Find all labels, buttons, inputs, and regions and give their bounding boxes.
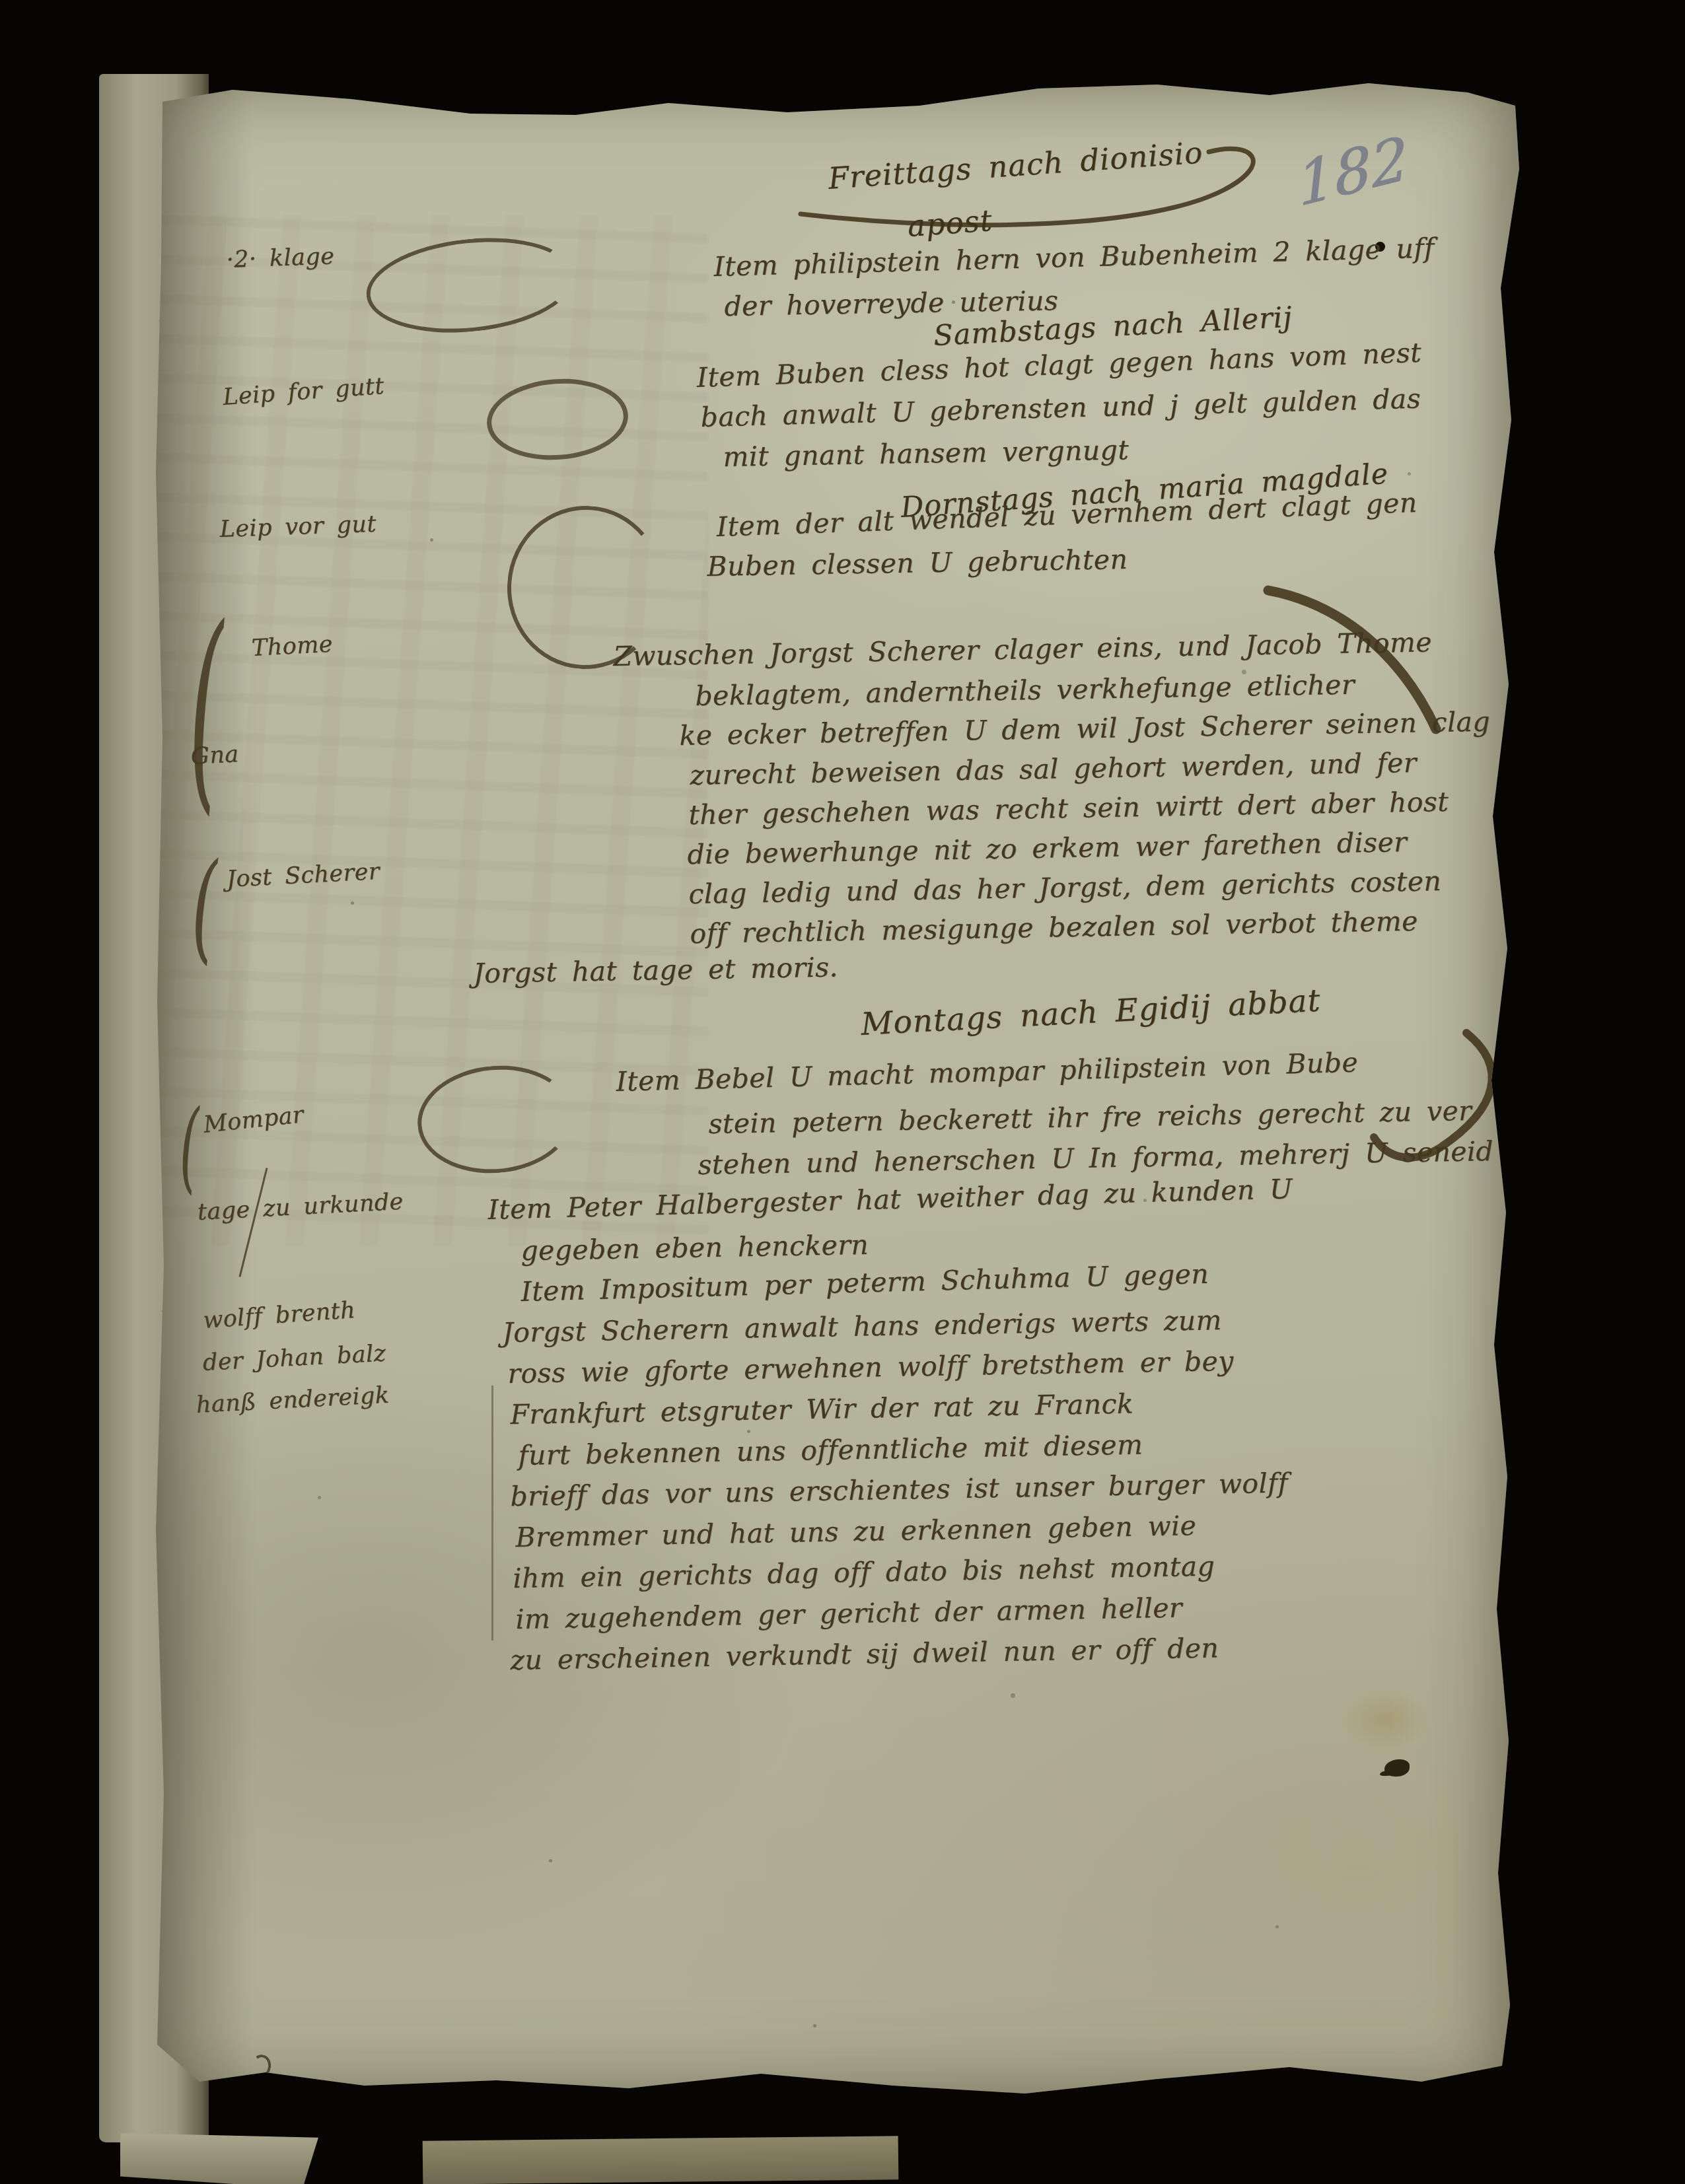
entry-line: gegeben eben henckern (520, 1229, 869, 1267)
margin-paren: ( (180, 1097, 199, 1196)
entry-line: clag ledig und das her Jorgst, dem geric… (688, 865, 1442, 910)
paragraph-flourish (413, 1059, 578, 1180)
entry-line: ross wie gforte erwehnen wolff bretsthem… (507, 1345, 1234, 1390)
section-heading-friday: Freittags nach dionisio (827, 135, 1204, 196)
folio-number: 182 (1295, 123, 1410, 221)
margin-paren: ( (192, 848, 217, 967)
entry-line: zu erscheinen verkundt sij dweil nun er … (510, 1632, 1219, 1676)
entry-line: zurecht beweisen das sal gehort werden, … (690, 747, 1417, 791)
margin-brace: ( (189, 598, 223, 816)
photo-background: lig ab ſo im der off mit ge be zu he an … (0, 0, 1685, 2184)
entry-line: der hoverreyde uterius (724, 285, 1059, 322)
paragraph-bracket-line (491, 1386, 493, 1640)
entry-line: ther geschehen was recht sein wirtt dert… (688, 786, 1449, 831)
entry-line: furt bekennen uns offenntliche mit diese… (518, 1428, 1143, 1471)
pen-mark (249, 2053, 273, 2080)
entry-line: ihm ein gerichts dag off dato bis nehst … (513, 1550, 1215, 1594)
entry-line: ke ecker betreffen U dem wil Jost Schere… (679, 706, 1490, 752)
entry-line: Bremmer und hat uns zu erkennen geben wi… (515, 1510, 1197, 1553)
margin-note: tage zu urkunde (197, 1189, 404, 1226)
entry-line: Zwuschen Jorgst Scherer clager eins, und… (613, 626, 1432, 672)
ink-blot (1384, 1759, 1410, 1777)
entry-line: Item philipstein hern von Bubenheim 2 kl… (713, 232, 1435, 283)
paragraph-flourish (484, 374, 631, 465)
entry-line: stehen und henerschen U In forma, mehrer… (698, 1135, 1493, 1181)
entry-line: beklagtem, anderntheils verkhefunge etli… (695, 669, 1355, 712)
margin-note: wolff brenth (202, 1297, 356, 1334)
entry-line: Buben clessen U gebruchten (707, 544, 1128, 582)
manuscript-page: 182 Freittags nach dionisio apost Sambst… (153, 77, 1519, 2101)
margin-note: der Johan balz (202, 1340, 386, 1376)
paragraph-flourish (362, 229, 580, 342)
margin-note: Gna (190, 741, 240, 770)
entry-line: die bewerhunge nit zo erkem wer farethen… (687, 826, 1408, 870)
entry-line: Item Bebel U macht mompar philipstein vo… (616, 1047, 1359, 1098)
margin-note: hanß endereigk (196, 1382, 390, 1419)
margin-note: ·2· klage (226, 243, 335, 273)
paper-stain (1342, 1688, 1428, 1751)
underlying-page-corner (120, 2133, 318, 2184)
entry-line: Item Peter Halbergester hat weither dag … (487, 1173, 1293, 1226)
margin-note: Thome (251, 631, 334, 662)
underlying-page-edge (423, 2136, 899, 2184)
entry-line: Jorgst Scherern anwalt hans enderigs wer… (502, 1304, 1222, 1349)
section-heading-friday-2: apost (906, 203, 993, 244)
entry-line: Frankfurt etsgruter Wir der rat zu Franc… (510, 1388, 1134, 1430)
entry-line: stein petern beckerett ihr fre reichs ge… (708, 1095, 1472, 1140)
margin-note: Leip vor gut (219, 511, 376, 543)
margin-note: Leip for gutt (222, 373, 385, 411)
margin-note: Mompar (202, 1102, 305, 1139)
entry-line: off rechtlich mesigunge bezalen sol verb… (690, 905, 1418, 950)
entry-line: Item Impositum per peterm Schuhma U gege… (520, 1258, 1209, 1308)
entry-line: brieff das vor uns erschientes ist unser… (510, 1467, 1289, 1512)
entry-line: im zugehendem ger gericht der armen hell… (515, 1592, 1182, 1635)
section-heading-monday: Montags nach Egidij abbat (860, 983, 1322, 1043)
entry-line: Jorgst hat tage et moris. (473, 951, 838, 989)
entry-line: bach anwalt U gebrensten und j gelt guld… (700, 382, 1421, 433)
entry-line: mit gnant hansem vergnugt (723, 434, 1129, 473)
margin-note: Jost Scherer (226, 859, 380, 893)
